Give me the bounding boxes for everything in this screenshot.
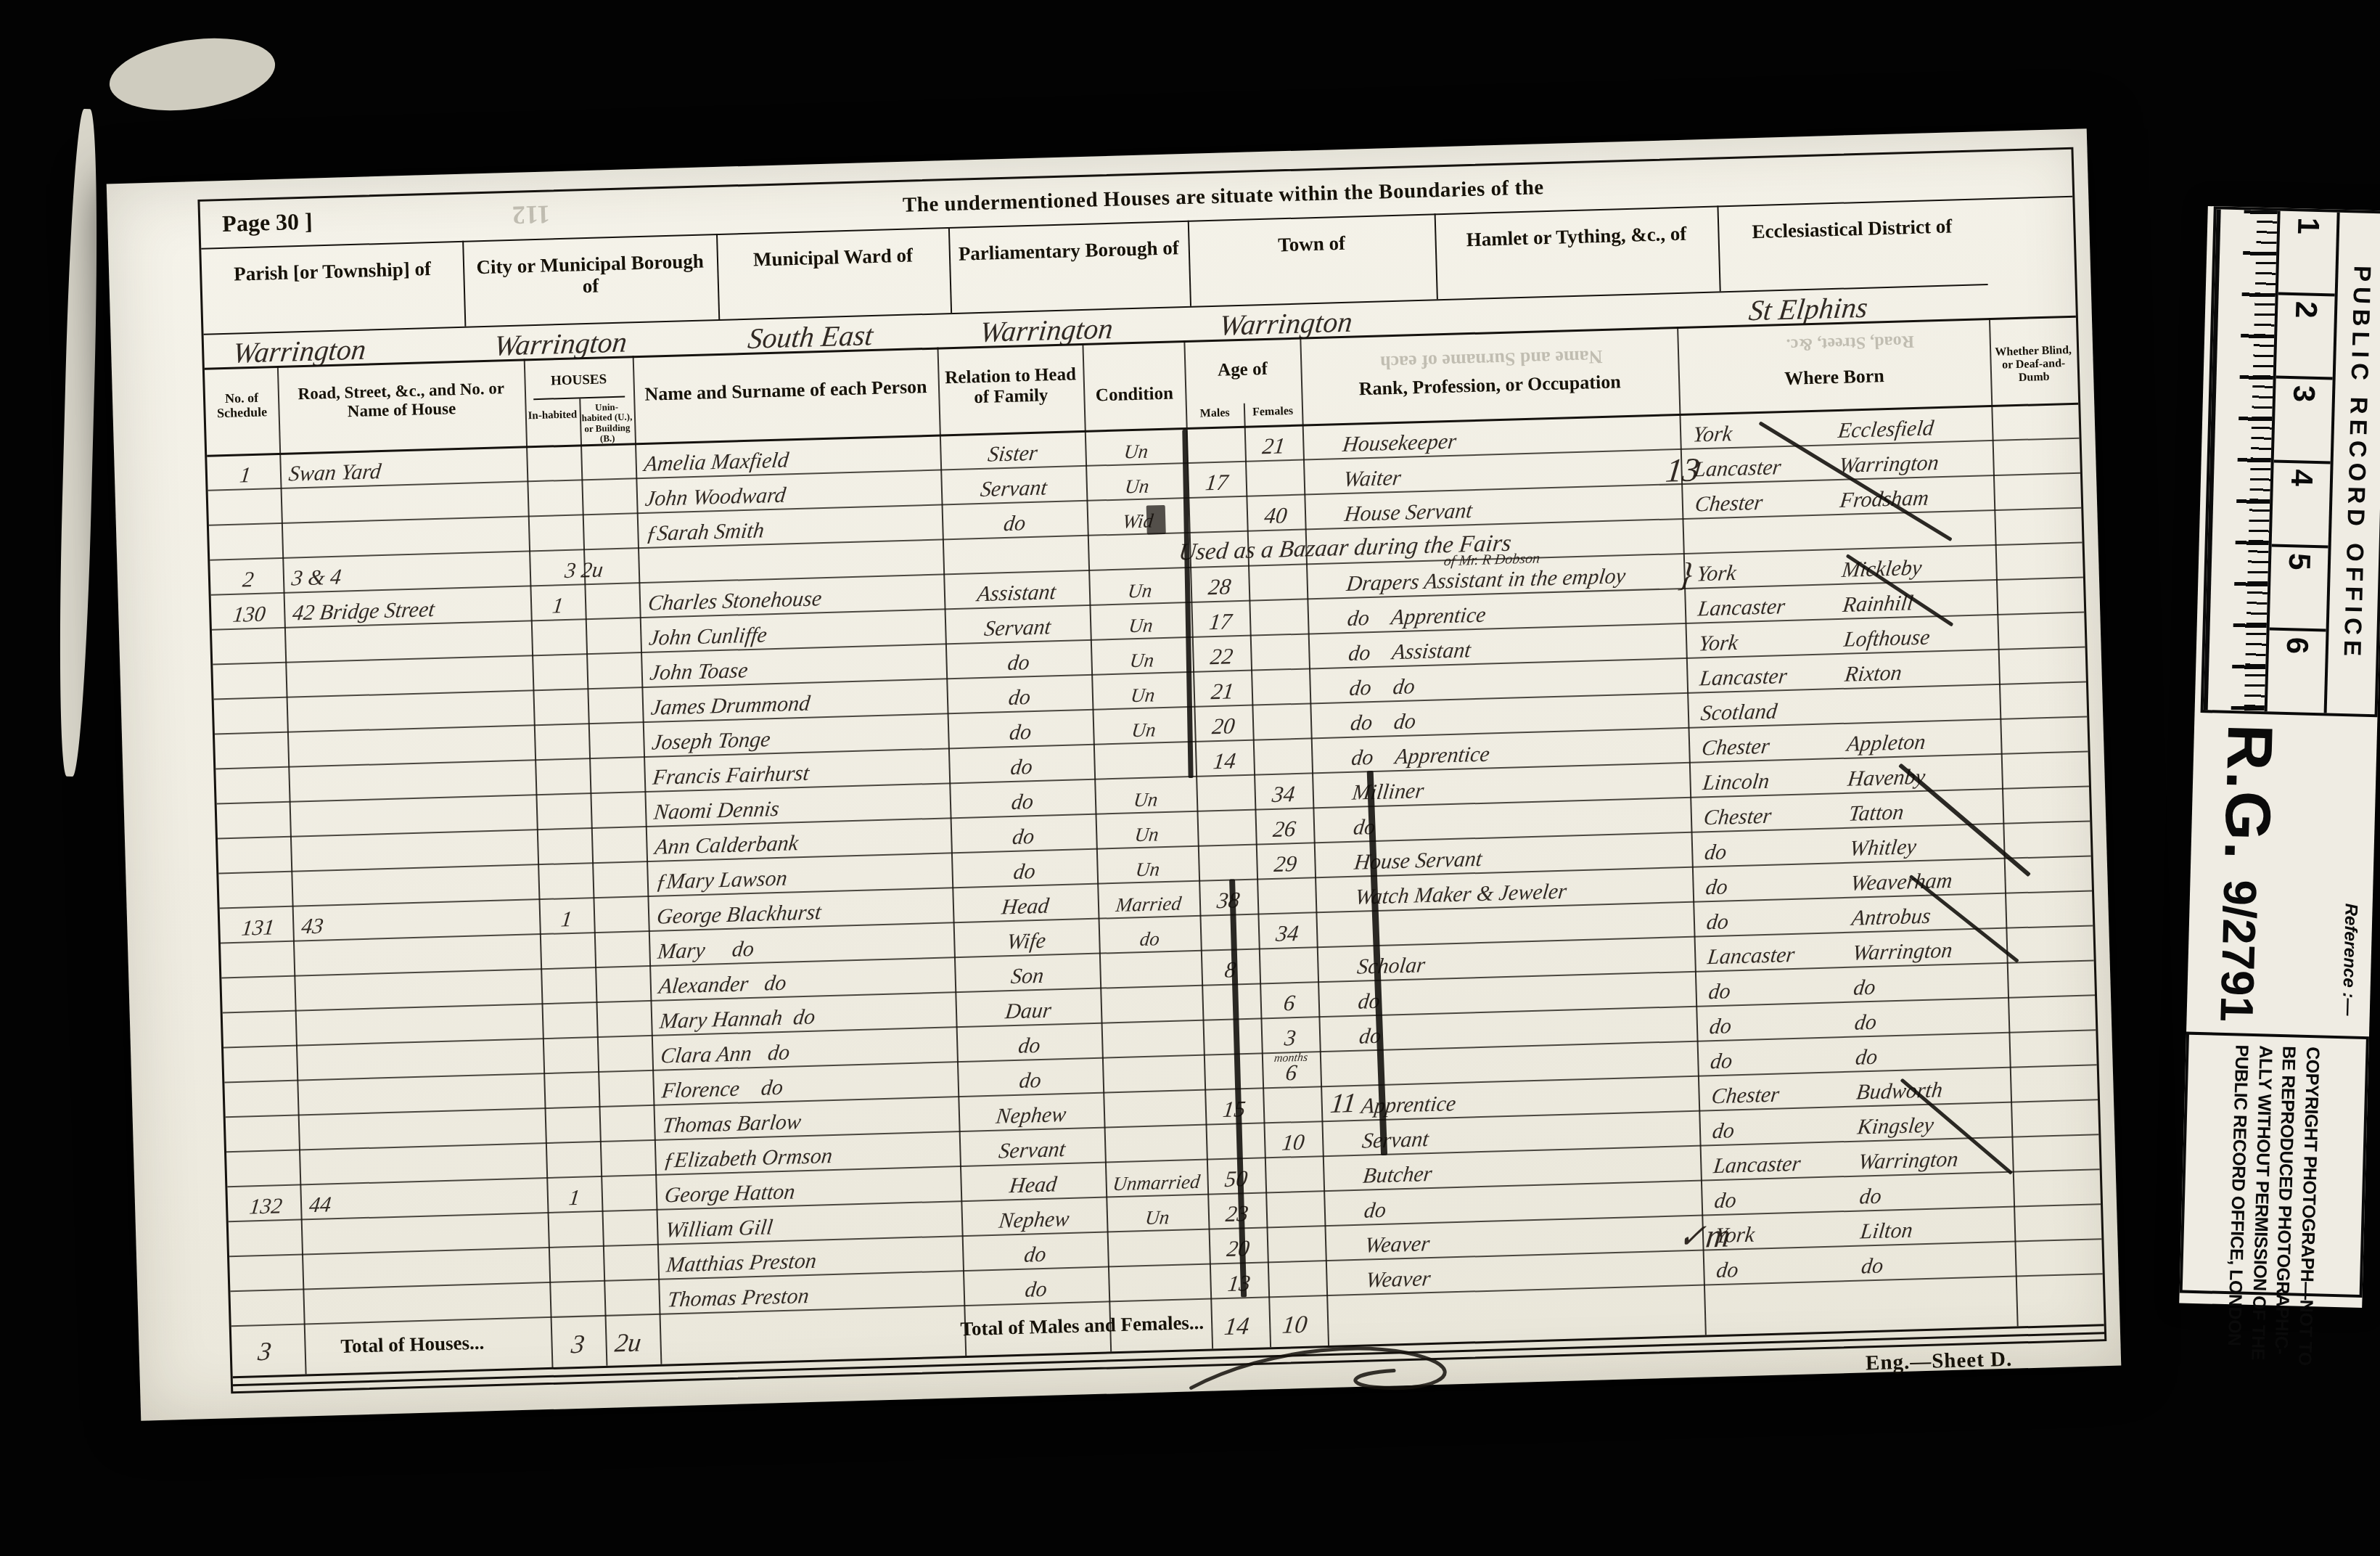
- district-label: Ecclesiastical District of: [1723, 214, 1981, 243]
- cell-am: 23: [1207, 1200, 1268, 1227]
- cell-bc: do: [1708, 1011, 1852, 1040]
- census-table: Page 30 ] 112 The undermentioned Houses …: [197, 147, 2106, 1394]
- cell-oaL: 11: [1321, 1087, 1365, 1121]
- census-rows: 1Swan YardAmelia MaxfieldSisterUn21House…: [207, 403, 2103, 1326]
- cell-bc: do: [1715, 1255, 1859, 1284]
- cell-bc: Lancaster: [1712, 1150, 1856, 1179]
- cell-bp: do: [1860, 1250, 2011, 1279]
- cell-c: Unmarried: [1106, 1171, 1207, 1196]
- cell-af: 34: [1257, 920, 1318, 947]
- cell-hi: 1: [530, 593, 585, 619]
- col-houses-group-label: HOUSES: [524, 371, 633, 389]
- cell-bp: Warrington: [1851, 937, 2003, 966]
- cell-c: Un: [1091, 648, 1192, 673]
- cell-am: 14: [1194, 748, 1255, 775]
- cell-rel: Wife: [953, 928, 1099, 957]
- cell-bc: Lincoln: [1702, 767, 1846, 796]
- cell-c: Un: [1097, 857, 1198, 883]
- cell-am: 13: [1209, 1269, 1270, 1297]
- cell-c: Married: [1098, 892, 1199, 917]
- cell-am: 28: [1189, 573, 1250, 601]
- district-label: Parliamentary Borough of: [954, 237, 1183, 265]
- col-name-label: Name and Surname of each Person: [641, 376, 932, 405]
- cell-bc: Lancaster: [1706, 941, 1850, 970]
- cell-bp: Rixton: [1844, 658, 1995, 687]
- cell-c: Un: [1093, 718, 1194, 743]
- cell-hi: 1: [547, 1185, 602, 1211]
- cell-bc: York: [1714, 1220, 1858, 1249]
- stamp-reference-prefix: R.G.: [2209, 723, 2287, 862]
- cell-s: 2: [212, 567, 284, 594]
- stamp-ruler-ticks: [2204, 209, 2281, 711]
- cell-bp: Antrobus: [1850, 902, 2002, 931]
- col-occupation-label: Rank, Profession, or Occupation: [1308, 369, 1672, 401]
- district-divider: [1188, 221, 1191, 306]
- stamp-reference-number: 9/2791: [2209, 879, 2267, 1023]
- cell-bp: Weaverham: [1850, 867, 2001, 896]
- cell-c: Un: [1089, 578, 1190, 604]
- district-label: Hamlet or Tything, &c., of: [1440, 222, 1712, 252]
- corner-number-stamp: 112: [512, 199, 551, 230]
- ruler-number: 2: [2276, 292, 2335, 377]
- cell-am: 22: [1191, 643, 1252, 671]
- cell-bc: do: [1704, 872, 1849, 901]
- cell-rel: do: [950, 788, 1095, 817]
- cell-rel: Sister: [940, 440, 1086, 469]
- sheet-footer: Eng.—Sheet D.: [1866, 1348, 2013, 1375]
- stamp-reference-block: Reference :— R.G. 9/2791: [2186, 713, 2377, 1036]
- cell-am: 17: [1190, 608, 1251, 636]
- total-schedule: 3: [256, 1336, 273, 1367]
- district-label: Parish [or Township] of: [208, 257, 458, 286]
- scanned-census-page: Page 30 ] 112 The undermentioned Houses …: [0, 0, 2380, 1556]
- cell-am: 8: [1200, 956, 1261, 983]
- ink-blot: [1146, 505, 1166, 535]
- district-label: City or Municipal Borough of: [469, 250, 713, 300]
- cell-am: 50: [1206, 1165, 1267, 1192]
- cell-bp: Budworth: [1855, 1076, 2007, 1105]
- cell-bc: Lancaster: [1699, 663, 1843, 692]
- cell-c: Un: [1086, 439, 1186, 464]
- cell-rel: do: [946, 649, 1091, 678]
- stamp-ruler: PUBLIC RECORD OFFICE 123456: [2201, 206, 2380, 717]
- cell-am: 17: [1186, 469, 1247, 496]
- census-sheet: Page 30 ] 112 The undermentioned Houses …: [107, 128, 2122, 1421]
- cell-c: Un: [1095, 787, 1196, 813]
- total-inhabited: 3: [570, 1329, 586, 1360]
- cell-rel: Son: [955, 962, 1100, 991]
- cell-c: Un: [1107, 1205, 1207, 1231]
- cell-c: Un: [1092, 683, 1193, 708]
- public-record-office-stamp: PUBLIC RECORD OFFICE 123456 Reference :—…: [2190, 209, 2380, 1306]
- cell-bp: Warrington: [1838, 449, 1990, 478]
- cell-rel: do: [951, 823, 1096, 852]
- cell-bc: do: [1707, 976, 1852, 1005]
- cell-bp: Lofthouse: [1842, 623, 1994, 652]
- col-males-label: Males: [1186, 406, 1244, 421]
- cell-af: 40: [1245, 501, 1306, 529]
- cell-bp: do: [1854, 1041, 2006, 1070]
- cell-bc: Chester: [1702, 802, 1847, 831]
- cell-bp: Appleton: [1845, 728, 1997, 757]
- cell-bp: Lilton: [1859, 1216, 2011, 1245]
- cell-rel: do: [952, 858, 1097, 887]
- stamp-reference-label: Reference :—: [2338, 903, 2361, 1015]
- cell-rel: do: [957, 1032, 1102, 1061]
- ruler-number: 3: [2274, 376, 2333, 462]
- cell-rel: Servant: [960, 1137, 1105, 1166]
- district-divider: [1435, 213, 1438, 299]
- cell-s: 132: [229, 1193, 302, 1220]
- col-blind-label: Whether Blind, or Deaf-and-Dumb: [1993, 344, 2075, 385]
- cell-am: 38: [1198, 886, 1259, 914]
- cell-bp: do: [1852, 972, 2004, 1001]
- cell-af: 21: [1243, 432, 1304, 459]
- cell-rel: Assistant: [944, 579, 1089, 608]
- cell-rel: do: [949, 753, 1094, 782]
- col-schedule-label: No. of Schedule: [207, 390, 277, 421]
- bleed-through-text: Road, Street, &c.: [1786, 331, 1914, 354]
- cell-bp: Whitley: [1848, 832, 2000, 861]
- col-born-label: Where Born: [1686, 362, 1984, 392]
- stamp-copyright-notice: COPYRIGHT PHOTOGRAPH—NOT TO BE REPRODUCE…: [2180, 1032, 2369, 1298]
- cell-af: 10: [1263, 1129, 1324, 1156]
- cell-rel: Servant: [945, 614, 1090, 643]
- cell-af: 26: [1254, 815, 1315, 843]
- cell-bp: do: [1858, 1181, 2010, 1210]
- cell-c: Wid: [1088, 509, 1189, 534]
- cell-bp: Kingsley: [1856, 1111, 2008, 1140]
- ruler-number: 5: [2270, 544, 2328, 629]
- cell-bc: Chester: [1694, 488, 1838, 517]
- cell-am: 15: [1204, 1095, 1265, 1123]
- page-label: Page 30 ]: [222, 209, 313, 237]
- cell-c: Un: [1086, 474, 1187, 499]
- district-label: Municipal Ward of: [723, 243, 944, 271]
- cell-bc: Chester: [1710, 1081, 1855, 1110]
- cell-af: 29: [1255, 850, 1316, 877]
- bleed-through-text: Name and Surname of each: [1380, 345, 1603, 374]
- cell-bc: York: [1696, 558, 1840, 587]
- col-age-group-label: Age of: [1184, 359, 1301, 382]
- cell-rel: Head: [953, 893, 1098, 922]
- ruler-number: 4: [2272, 459, 2331, 545]
- cell-rel: do: [948, 718, 1093, 748]
- total-uninhabited: 2u: [613, 1327, 643, 1358]
- cell-c: Un: [1096, 822, 1197, 848]
- cell-bc: Scotland: [1699, 697, 1844, 726]
- cell-af: 34: [1253, 780, 1314, 808]
- total-houses-label: Total of Houses...: [340, 1330, 544, 1357]
- cell-bc: do: [1709, 1046, 1853, 1075]
- cell-bc: do: [1703, 837, 1847, 866]
- cell-rel: do: [958, 1067, 1103, 1096]
- cell-bc: do: [1713, 1185, 1858, 1214]
- cell-am: 21: [1192, 678, 1253, 705]
- cell-bp: do: [1853, 1007, 2005, 1036]
- col-relation-label: Relation to Head of Family: [939, 364, 1082, 409]
- col-inhabited-label: In-habited: [527, 409, 578, 422]
- cell-rel: Servant: [941, 475, 1086, 504]
- cell-c: Un: [1091, 613, 1191, 639]
- cell-bp: Tatton: [1847, 798, 1999, 827]
- district-divider: [716, 234, 720, 319]
- cell-rel: Daur: [956, 997, 1101, 1026]
- col-condition-label: Condition: [1085, 383, 1184, 406]
- cell-af: 3: [1260, 1024, 1321, 1052]
- district-divider: [948, 227, 952, 313]
- cell-rel: do: [964, 1275, 1109, 1304]
- district-divider: [1717, 205, 1720, 291]
- corner-smudge: [105, 28, 280, 120]
- total-people-label: Total of Males and Females...: [783, 1311, 1205, 1345]
- cell-s: 130: [213, 602, 285, 628]
- district-label: Town of: [1194, 230, 1429, 258]
- col-uninhabited-label: Unin-habited (U.), or Building (B.): [580, 401, 633, 444]
- torn-edge-sliver: [55, 109, 102, 777]
- cell-rel: do: [942, 509, 1087, 539]
- cell-bp: Ecclesfield: [1837, 414, 1988, 443]
- cell-bc: do: [1705, 906, 1850, 935]
- cell-bc: do: [1711, 1115, 1855, 1145]
- ruler-number: 6: [2268, 628, 2326, 713]
- cell-s: 131: [222, 915, 295, 942]
- cell-bc: Lancaster: [1696, 593, 1841, 622]
- cell-bc: Chester: [1700, 732, 1844, 761]
- cell-afs: months: [1257, 1051, 1325, 1066]
- cell-bc: York: [1697, 628, 1842, 657]
- cell-hi: 3 2u: [528, 557, 640, 584]
- cell-rel: Nephew: [961, 1206, 1107, 1235]
- district-divider: [462, 241, 466, 327]
- cell-c: do: [1099, 927, 1200, 952]
- cell-rel: Head: [961, 1171, 1106, 1200]
- ruler-number: 1: [2278, 211, 2337, 294]
- cell-rel: do: [947, 684, 1092, 713]
- col-females-label: Females: [1244, 405, 1302, 419]
- pen-flourish: [1175, 1327, 1526, 1409]
- cell-hi: 1: [539, 906, 594, 933]
- cell-bp: Frodsham: [1839, 484, 1990, 513]
- cell-af: 6: [1259, 989, 1320, 1017]
- cell-am: 20: [1193, 713, 1254, 740]
- cell-am: 20: [1207, 1234, 1268, 1262]
- cell-rel: Nephew: [959, 1102, 1104, 1131]
- cell-rel: do: [963, 1240, 1108, 1269]
- col-road-label: Road, Street, &c., and No. or Name of Ho…: [285, 379, 518, 422]
- cell-s: 1: [209, 462, 282, 489]
